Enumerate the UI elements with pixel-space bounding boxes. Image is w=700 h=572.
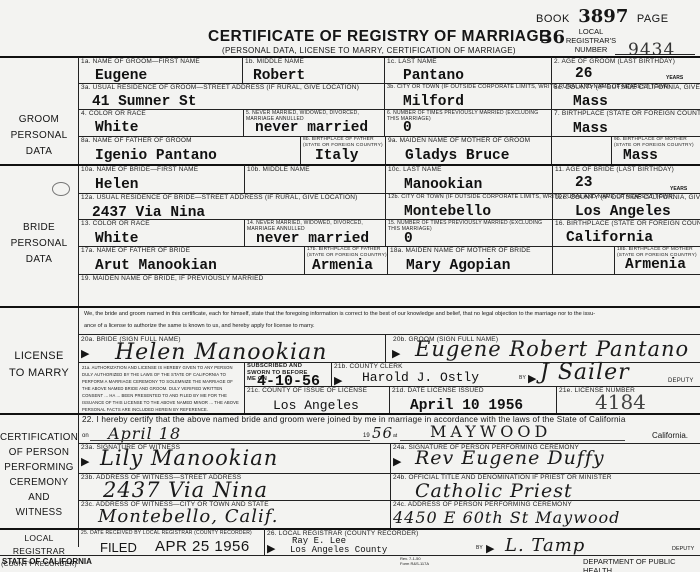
- section-label-line: PERSONAL: [0, 236, 78, 252]
- section-label-line: DATA: [0, 252, 78, 268]
- groom-birthplace-label: 7. BIRTHPLACE (STATE OR FOREIGN COUNTRY): [554, 110, 700, 117]
- on-label: on: [82, 433, 89, 439]
- circle-mark: [52, 182, 70, 196]
- ceremony-year: 56: [372, 424, 393, 442]
- section-label-line: CERTIFICATION: [0, 430, 78, 445]
- arrow-icon: ▶: [486, 542, 494, 555]
- groom-middle-name-label: 1b. MIDDLE NAME: [245, 58, 304, 65]
- bride-father-birthplace: Armenia: [312, 258, 373, 274]
- department-label: DEPARTMENT OF PUBLIC HEALTH: [583, 557, 700, 572]
- groom-years-label: YEARS: [666, 75, 683, 81]
- arrow-icon: ▶: [81, 347, 89, 360]
- officiant-title: Catholic Priest: [415, 480, 573, 502]
- ceremony-place: MAYWOOD: [430, 422, 551, 441]
- county-of-issue-label: 21c. COUNTY OF ISSUE OF LICENSE: [247, 387, 367, 394]
- groom-middle-name: Robert: [253, 68, 305, 84]
- witness-signature: Lily Manookian: [100, 446, 278, 470]
- arrow-icon: ▶: [267, 542, 275, 555]
- officiant-address-label: 24c. ADDRESS OF PERSON PERFORMING CEREMO…: [393, 501, 572, 508]
- officiant-signature: Rev Eugene Duffy: [415, 447, 605, 469]
- section-label-line: AND: [0, 490, 78, 505]
- section-label-line: BRIDE: [0, 220, 78, 236]
- section-label-groom: GROOM PERSONAL DATA: [0, 112, 78, 160]
- arrow-icon: ▶: [392, 347, 400, 360]
- registrar-label-line: NUMBER: [560, 45, 622, 54]
- groom-mother-label: 9a. MAIDEN NAME OF MOTHER OF GROOM: [388, 137, 530, 144]
- groom-marital-status: never married: [255, 120, 368, 136]
- groom-race-label: 4. COLOR OR RACE: [81, 110, 146, 117]
- groom-last-name-label: 1c. LAST NAME: [387, 58, 437, 65]
- groom-residence: 41 Sumner St: [92, 94, 196, 110]
- section-label-license: LICENSE TO MARRY: [0, 348, 78, 382]
- bride-first-name: Helen: [95, 177, 139, 193]
- form-number-line: Form R&S-117A: [400, 562, 429, 567]
- registrar-number-label: LOCAL REGISTRAR'S NUMBER: [560, 27, 622, 54]
- bride-previous-name-label: 19. MAIDEN NAME OF BRIDE, IF PREVIOUSLY …: [81, 275, 264, 282]
- groom-city: Milford: [403, 94, 464, 110]
- at-label: at: [393, 433, 397, 439]
- bride-father-label: 17a. NAME OF FATHER OF BRIDE: [81, 247, 190, 254]
- groom-father-birthplace-label: 8b. BIRTHPLACE OF FATHER (STATE OR FOREI…: [303, 137, 385, 148]
- date-issued-label: 21d. DATE LICENSE ISSUED: [392, 387, 484, 394]
- document-subtitle: (PERSONAL DATA, LICENSE TO MARRY, CERTIF…: [222, 46, 516, 55]
- section-label-line: GROOM: [0, 112, 78, 128]
- form-revision: Rev. 7-1-50 Form R&S-117A: [400, 557, 429, 566]
- section-label-line: WITNESS: [0, 505, 78, 520]
- witness-city: Montebello, Calif.: [98, 506, 278, 527]
- section-label-line: OF PERSON: [0, 445, 78, 460]
- bride-father: Arut Manookian: [95, 258, 217, 274]
- bride-birthplace: California: [566, 230, 653, 246]
- bride-age-label: 11. AGE OF BRIDE (LAST BIRTHDAY): [555, 166, 674, 173]
- bride-county-label: 12c. COUNTY (IF OUTSIDE CALIFORNIA, GIVE…: [555, 194, 700, 201]
- document-title: CERTIFICATE OF REGISTRY OF MARRIAGE: [208, 28, 550, 46]
- bride-mother-birthplace: Armenia: [625, 257, 686, 273]
- bride-race-label: 13. COLOR OR RACE: [81, 220, 150, 227]
- registrar-county: Los Angeles County: [290, 545, 387, 555]
- bride-marital-status: never married: [256, 231, 369, 247]
- arrow-icon: ▶: [528, 372, 536, 385]
- license-statement-line-2: ance of a license to authorize the same …: [84, 320, 315, 332]
- section-label-line: TO MARRY: [0, 365, 78, 382]
- year-prefix: 19: [363, 433, 370, 439]
- county-of-issue: Los Angeles: [273, 398, 359, 413]
- groom-county-label: 3c. COUNTY (IF OUTSIDE CALIFORNIA, GIVE …: [554, 84, 700, 91]
- state-label: STATE OF CALIFORNIA: [2, 557, 92, 566]
- section-label-bride: BRIDE PERSONAL DATA: [0, 220, 78, 268]
- groom-mother-birthplace-label: 9b. BIRTHPLACE OF MOTHER (STATE OR FOREI…: [614, 137, 700, 148]
- bride-residence-label: 12a. USUAL RESIDENCE OF BRIDE—STREET ADD…: [81, 194, 357, 201]
- groom-signature: Eugene Robert Pantano: [415, 337, 689, 361]
- by-label: BY: [519, 375, 526, 381]
- groom-age-label: 2. AGE OF GROOM (LAST BIRTHDAY): [554, 58, 675, 65]
- groom-race: White: [95, 120, 139, 136]
- bride-mother-label: 18a. MAIDEN NAME OF MOTHER OF BRIDE: [390, 247, 531, 254]
- deputy-clerk-signature: J Sailer: [540, 360, 630, 385]
- registrar-deputy-label: DEPUTY: [672, 546, 694, 552]
- groom-age: 26: [575, 66, 592, 82]
- bride-first-name-label: 10a. NAME OF BRIDE—FIRST NAME: [81, 166, 198, 173]
- license-number: 4184: [595, 390, 646, 414]
- witness-street: 2437 Via Nina: [103, 478, 268, 502]
- section-label-line: PERFORMING: [0, 460, 78, 475]
- county-clerk: Harold J. Ostly: [362, 370, 479, 385]
- bride-last-name: Manookian: [404, 177, 482, 193]
- groom-mother: Gladys Bruce: [405, 148, 509, 164]
- registrar-deputy-signature: L. Tamp: [505, 535, 585, 556]
- bride-times-married: 0: [404, 231, 413, 247]
- groom-first-name: Eugene: [95, 68, 147, 84]
- deputy-label: DEPUTY: [668, 378, 694, 384]
- bride-years-label: YEARS: [670, 186, 687, 192]
- bride-father-birthplace-label: 17b. BIRTHPLACE OF FATHER (STATE OR FORE…: [307, 247, 389, 258]
- officiant-address: 4450 E 60th St Maywood: [393, 508, 620, 527]
- groom-residence-label: 3a. USUAL RESIDENCE OF GROOM—STREET ADDR…: [81, 84, 359, 91]
- section-label-line: DATA: [0, 144, 78, 160]
- book-label: BOOK: [536, 13, 570, 25]
- groom-county: Mass: [573, 94, 608, 110]
- bride-age: 23: [575, 175, 592, 191]
- registrar-label-line: REGISTRAR'S: [560, 36, 622, 45]
- bride-last-name-label: 10c. LAST NAME: [388, 166, 442, 173]
- authorization-text: 21a. AUTHORIZATION AND LICENSE IS HEREBY…: [82, 364, 242, 413]
- bride-race: White: [95, 231, 139, 247]
- date-received-label: 25. DATE RECEIVED BY LOCAL REGISTRAR (CO…: [81, 530, 252, 536]
- section-label-line: CEREMONY: [0, 475, 78, 490]
- groom-mother-birthplace: Mass: [623, 148, 658, 164]
- book-number: 3897: [578, 6, 628, 27]
- bride-city: Montebello: [404, 204, 491, 220]
- date-issued: April 10 1956: [410, 398, 523, 414]
- bride-county: Los Angeles: [575, 204, 671, 220]
- groom-last-name: Pantano: [403, 68, 464, 84]
- bride-mother: Mary Agopian: [406, 258, 510, 274]
- groom-times-married: 0: [403, 120, 412, 136]
- filed-label: FILED: [100, 540, 137, 555]
- groom-father-label: 8a. NAME OF FATHER OF GROOM: [81, 137, 192, 144]
- by-label: BY: [476, 545, 483, 551]
- license-statement-line-1: We, the bride and groom named in this ce…: [84, 308, 595, 320]
- groom-birthplace: Mass: [573, 121, 608, 137]
- arrow-icon: ▶: [393, 455, 401, 468]
- california-label: California.: [652, 431, 688, 440]
- groom-father-birthplace: Italy: [315, 148, 359, 164]
- section-label-line: PERSONAL: [0, 128, 78, 144]
- groom-father: Igenio Pantano: [95, 148, 217, 164]
- section-label-certification: CERTIFICATION OF PERSON PERFORMING CEREM…: [0, 430, 78, 520]
- groom-first-name-label: 1a. NAME OF GROOM—FIRST NAME: [81, 58, 200, 65]
- arrow-icon: ▶: [81, 455, 89, 468]
- page-label: PAGE: [637, 13, 669, 25]
- registrar-label-line: LOCAL: [560, 27, 622, 36]
- county-clerk-label: 21b. COUNTY CLERK: [334, 363, 403, 370]
- section-label-line: LICENSE: [0, 348, 78, 365]
- bride-middle-name-label: 10b. MIDDLE NAME: [247, 166, 310, 173]
- filed-date: APR 25 1956: [155, 538, 250, 555]
- bride-birthplace-label: 16. BIRTHPLACE (STATE OR FOREIGN COUNTRY…: [555, 220, 700, 227]
